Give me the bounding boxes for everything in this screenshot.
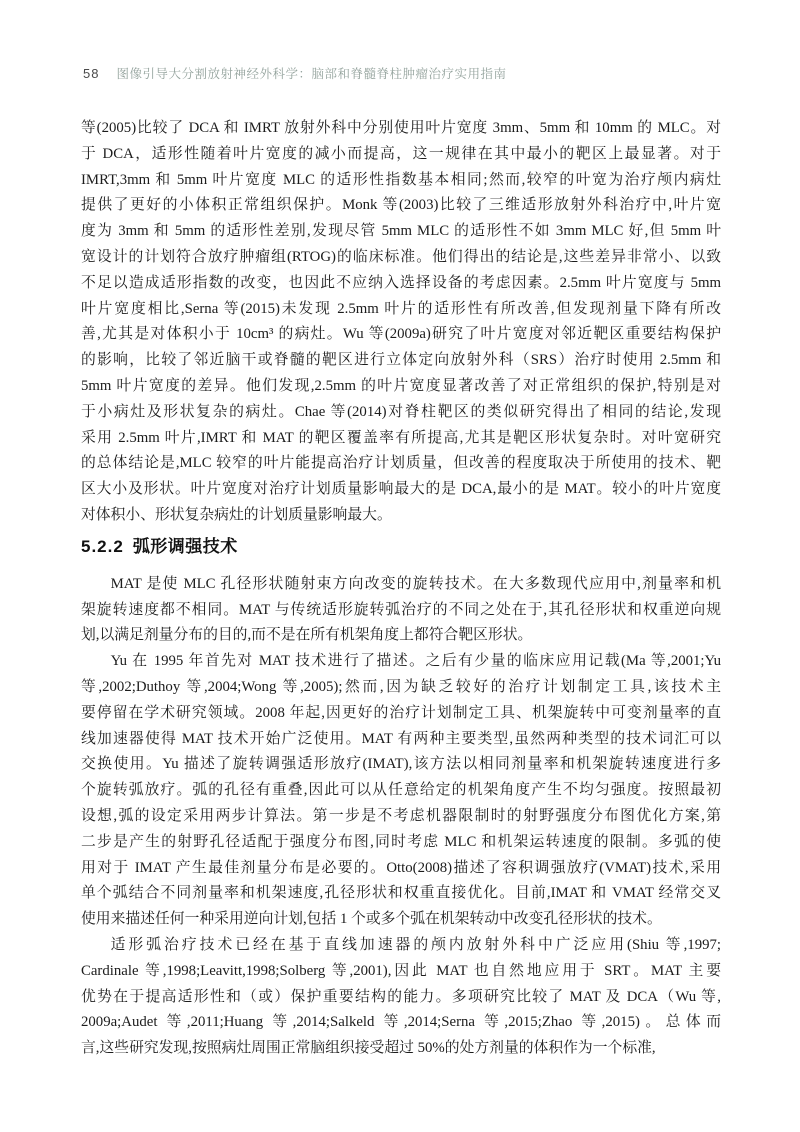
text-line: Cardinale 等,1998;Leavitt,1998;Solberg 等,… [81, 959, 721, 985]
text-line: 优势在于提高适形性和（或）保护重要结构的能力。多项研究比较了 MAT 及 DCA… [81, 985, 721, 1011]
text-line: 的影响，比较了邻近脑干或脊髓的靶区进行立体定向放射外科（SRS）治疗时使用 2.… [81, 348, 721, 374]
text-line: 个旋转弧放疗。弧的孔径有重叠,因此可以从任意给定的机架角度产生不均匀强度。按照最… [81, 778, 721, 804]
text-line: MAT 是使 MLC 孔径形状随射束方向改变的旋转技术。在大多数现代应用中,剂量… [81, 572, 721, 598]
text-line: 宽设计的计划符合放疗肿瘤组(RTOG)的临床标准。他们得出的结论是,这些差异非常… [81, 245, 721, 271]
text-line: 用对于 IMAT 产生最佳剂量分布是必要的。Otto(2008)描述了容积调强放… [81, 856, 721, 882]
text-line: 单个弧结合不同剂量率和机架速度,孔径形状和权重直接优化。目前,IMAT 和 VM… [81, 881, 721, 907]
text-line: 2009a;Audet 等,2011;Huang 等,2014;Salkeld … [81, 1010, 721, 1036]
text-line: 5mm 叶片宽度的差异。他们发现,2.5mm 的叶片宽度显著改善了对正常组织的保… [81, 374, 721, 400]
text-line: 的总体结论是,MLC 较窄的叶片能提高治疗计划质量，但改善的程度取决于所使用的技… [81, 451, 721, 477]
paragraph-leaf-width-study: 等(2005)比较了 DCA 和 IMRT 放射外科中分别使用叶片宽度 3mm、… [81, 116, 721, 529]
text-line: 适形弧治疗技术已经在基于直线加速器的颅内放射外科中广泛应用(Shiu 等,199… [81, 933, 721, 959]
text-line: IMRT,3mm 和 5mm 叶片宽度 MLC 的适形性指数基本相同;然而,较窄… [81, 168, 721, 194]
text-line: 使用来描述任何一种采用逆向计划,包括 1 个或多个弧在机架转动中改变孔径形状的技… [81, 907, 721, 933]
text-line: 等(2005)比较了 DCA 和 IMRT 放射外科中分别使用叶片宽度 3mm、… [81, 116, 721, 142]
page-number: 58 [83, 66, 99, 81]
text-line: 划,以满足剂量分布的目的,而不是在所有机架角度上都符合靶区形状。 [81, 623, 721, 649]
paragraph-mat-history: Yu 在 1995 年首先对 MAT 技术进行了描述。之后有少量的临床应用记载(… [81, 649, 721, 933]
text-line: 采用 2.5mm 叶片,IMRT 和 MAT 的靶区覆盖率有所提高,尤其是靶区形… [81, 426, 721, 452]
text-line: 不足以造成适形指数的改变，也因此不应纳入选择设备的考虑因素。2.5mm 叶片宽度… [81, 271, 721, 297]
section-heading: 5.2.2弧形调强技术 [81, 535, 721, 559]
paragraph-mat-application: 适形弧治疗技术已经在基于直线加速器的颅内放射外科中广泛应用(Shiu 等,199… [81, 933, 721, 1062]
book-page: 58 图像引导大分割放射神经外科学：脑部和脊髓脊柱肿瘤治疗实用指南 等(2005… [0, 0, 800, 1132]
text-line: 度为 3mm 和 5mm 的适形性差别,发现尽管 5mm MLC 的适形性不如 … [81, 219, 721, 245]
running-title: 图像引导大分割放射神经外科学：脑部和脊髓脊柱肿瘤治疗实用指南 [116, 64, 506, 82]
section-title: 弧形调强技术 [133, 537, 238, 556]
text-line: 言,这些研究发现,按照病灶周围正常脑组织接受超过 50%的处方剂量的体积作为一个… [81, 1036, 721, 1062]
page-header: 58 图像引导大分割放射神经外科学：脑部和脊髓脊柱肿瘤治疗实用指南 [83, 64, 720, 82]
text-line: 于小病灶及形状复杂的病灶。Chae 等(2014)对脊柱靶区的类似研究得出了相同… [81, 400, 721, 426]
text-line: 交换使用。Yu 描述了旋转调强适形放疗(IMAT),该方法以相同剂量率和机架旋转… [81, 752, 721, 778]
text-line: 区大小及形状。叶片宽度对治疗计划质量影响最大的是 DCA,最小的是 MAT。较小… [81, 477, 721, 503]
text-line: 要停留在学术研究领域。2008 年起,因更好的治疗计划制定工具、机架旋转中可变剂… [81, 701, 721, 727]
text-line: 于 DCA，适形性随着叶片宽度的减小而提高，这一规律在其中最小的靶区上最显著。对… [81, 142, 721, 168]
text-line: 等,2002;Duthoy 等,2004;Wong 等,2005);然而,因为缺… [81, 675, 721, 701]
text-line: 线加速器使得 MAT 技术开始广泛使用。MAT 有两种主要类型,虽然两种类型的技… [81, 727, 721, 753]
page-body: 等(2005)比较了 DCA 和 IMRT 放射外科中分别使用叶片宽度 3mm、… [81, 116, 721, 1062]
text-line: Yu 在 1995 年首先对 MAT 技术进行了描述。之后有少量的临床应用记载(… [81, 649, 721, 675]
text-line: 架旋转速度都不相同。MAT 与传统适形旋转弧治疗的不同之处在于,其孔径形状和权重… [81, 598, 721, 624]
text-line: 叶片宽度相比,Serna 等(2015)未发现 2.5mm 叶片的适形性有所改善… [81, 297, 721, 323]
text-line: 善,尤其是对体积小于 10cm³ 的病灶。Wu 等(2009a)研究了叶片宽度对… [81, 322, 721, 348]
text-line: 设想,弧的设定采用两步计算法。第一步是不考虑机器限制时的射野强度分布图优化方案,… [81, 804, 721, 830]
paragraph-mat-definition: MAT 是使 MLC 孔径形状随射束方向改变的旋转技术。在大多数现代应用中,剂量… [81, 572, 721, 649]
text-line: 对体积小、形状复杂病灶的计划质量影响最大。 [81, 503, 721, 529]
section-number: 5.2.2 [81, 537, 124, 556]
text-line: 二步是产生的射野孔径适配于强度分布图,同时考虑 MLC 和机架运转速度的限制。多… [81, 830, 721, 856]
text-line: 提供了更好的小体积正常组织保护。Monk 等(2003)比较了三维适形放射外科治… [81, 193, 721, 219]
